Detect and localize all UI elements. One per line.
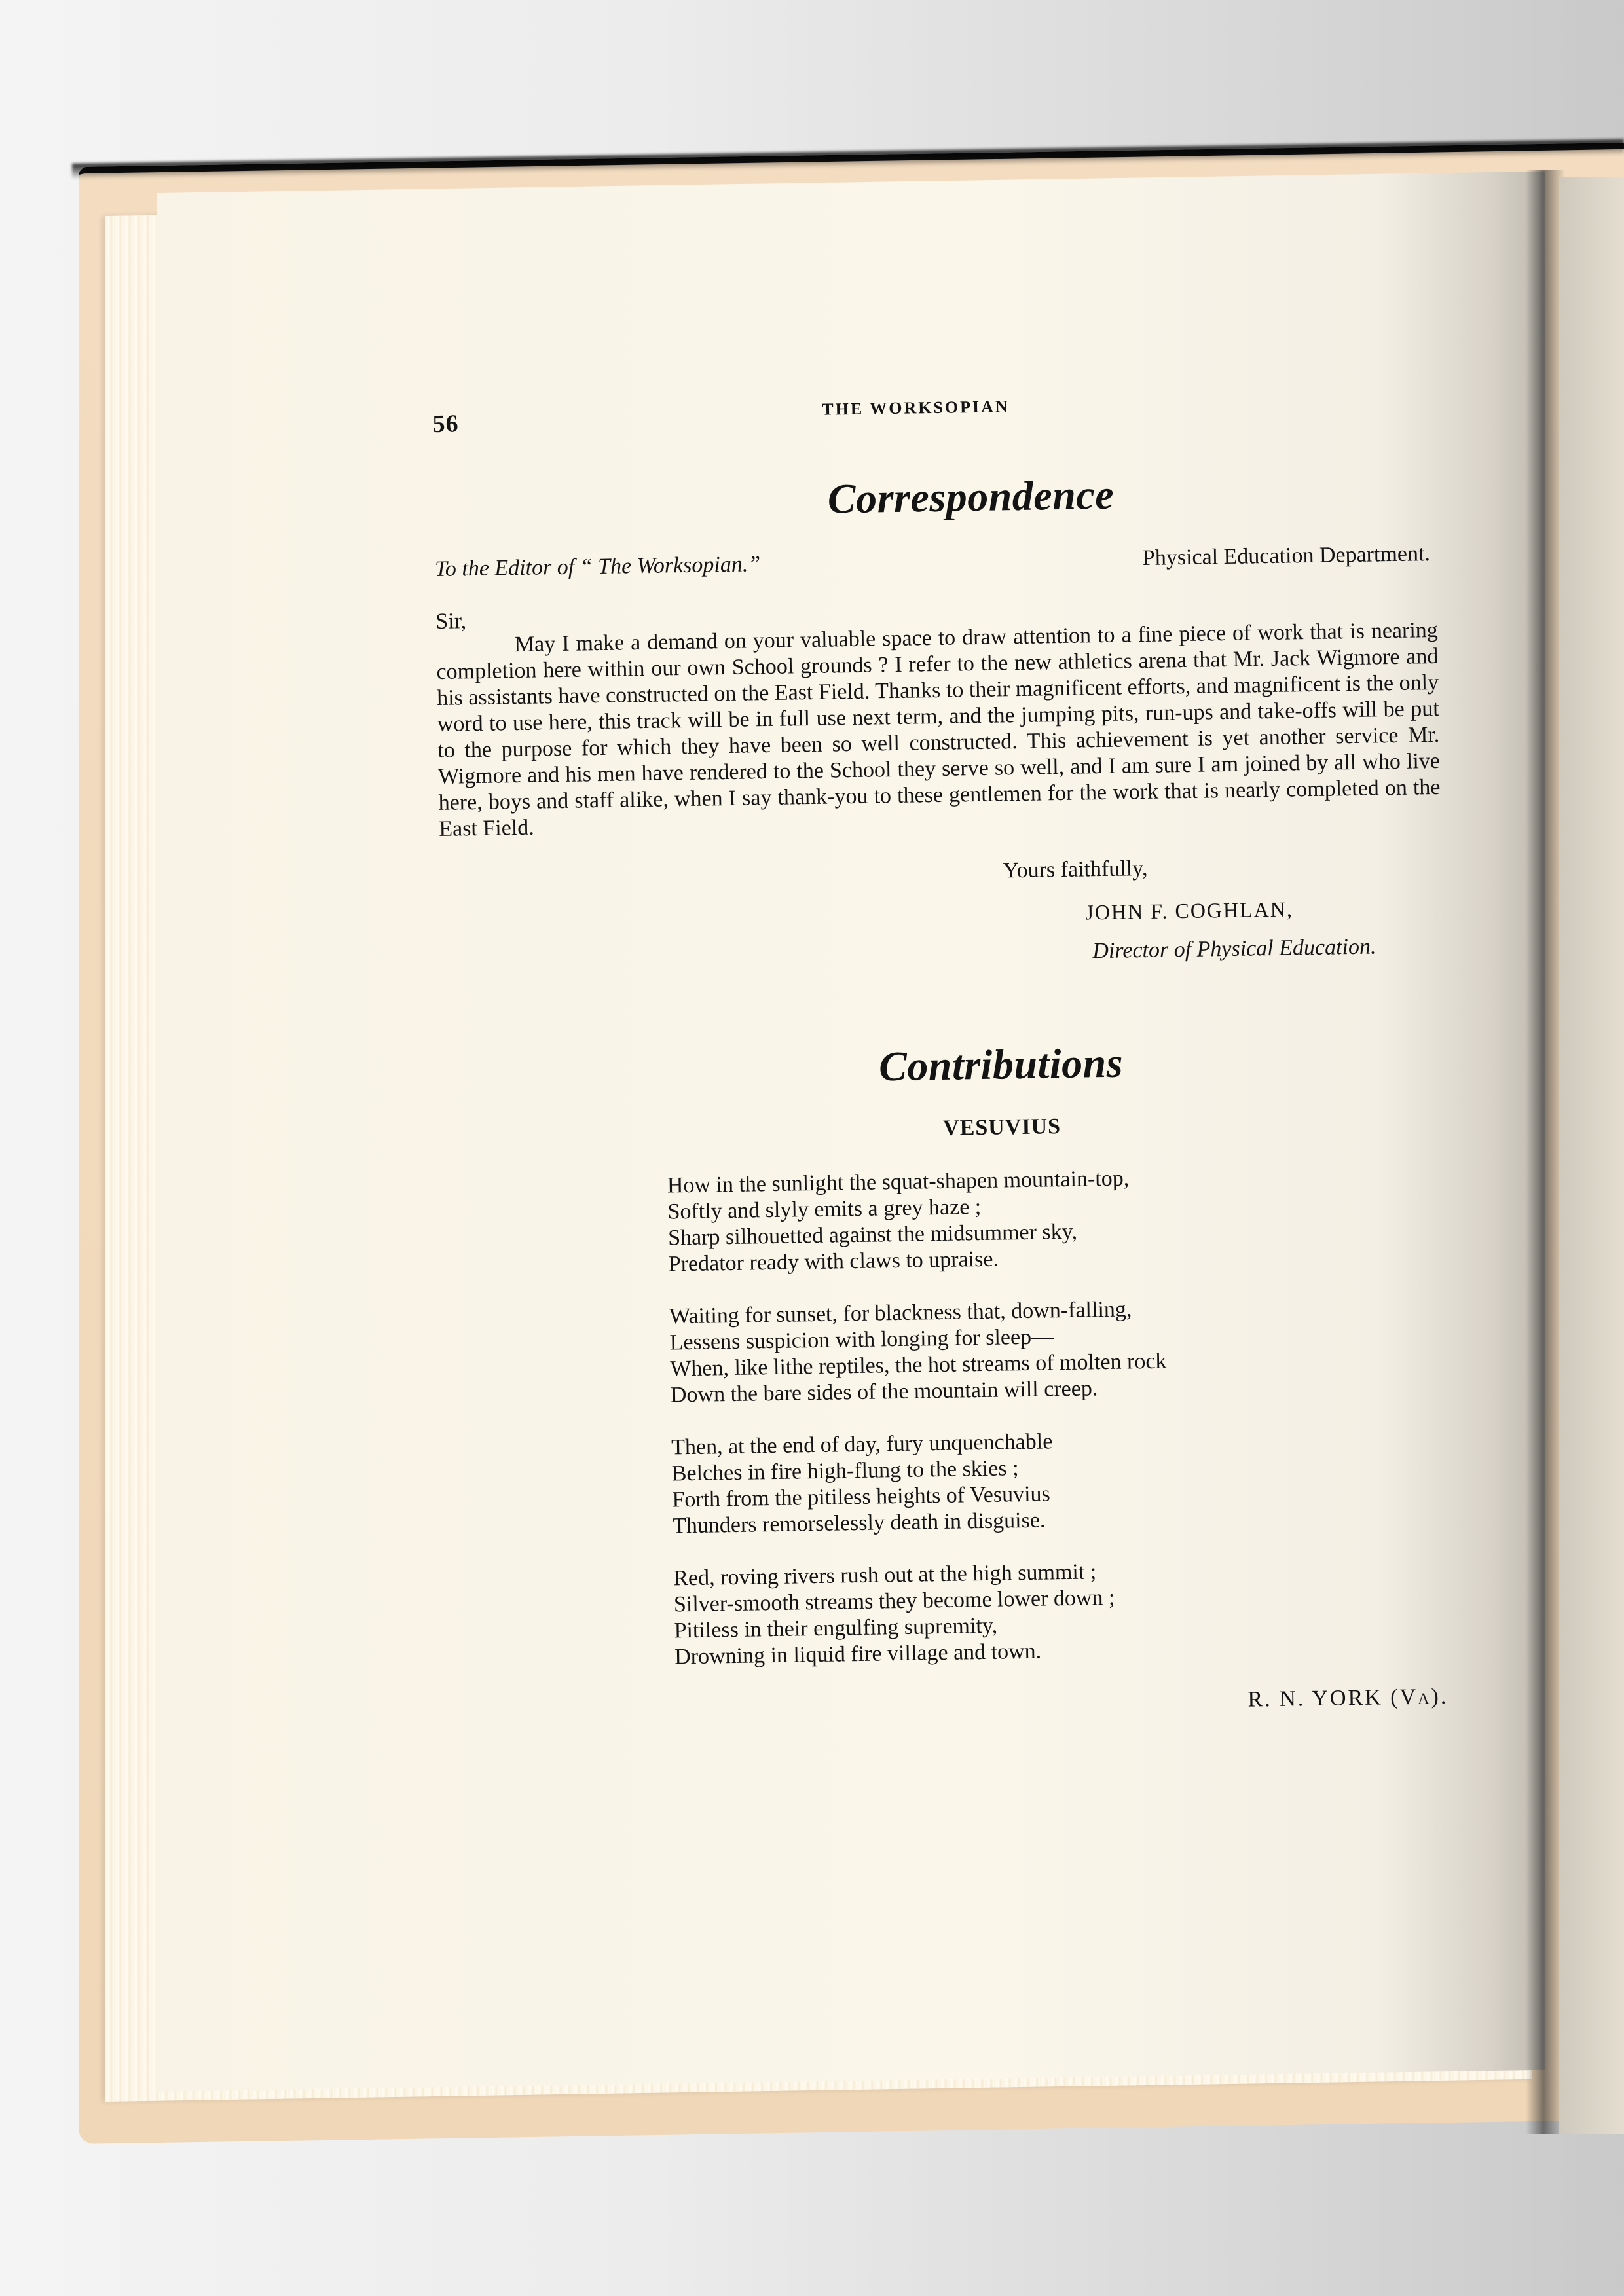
contributions-heading: Contributions [443, 1034, 1445, 1098]
page-number: 56 [432, 409, 459, 439]
letter-signature-title: Director of Physical Education. [441, 934, 1443, 974]
form-prefix: (V [1390, 1685, 1418, 1710]
letter-body: May I make a demand on your valuable spa… [436, 617, 1441, 843]
poem-body: How in the sunlight the squat-shapen mou… [445, 1161, 1454, 1674]
form-suffix: ). [1431, 1685, 1448, 1709]
letter-addressee: To the Editor of “ The Worksopian.” [435, 552, 761, 582]
poem-title: VESUVIUS [443, 1108, 1445, 1149]
letter-closing: Yours faithfully, [439, 852, 1441, 892]
poem-author-name: R. N. YORK [1247, 1685, 1383, 1711]
correspondence-heading: Correspondence [434, 465, 1436, 530]
poem-stanza: Red, roving rivers rush out at the high … [673, 1554, 1454, 1671]
facing-page-edge [1559, 177, 1624, 2134]
form-smallcaps: A [1418, 1690, 1431, 1707]
poem-stanza: Then, at the end of day, fury unquenchab… [671, 1423, 1452, 1540]
letter-signature: JOHN F. COGHLAN, [440, 895, 1442, 935]
poem-author-form: (VA). [1390, 1685, 1449, 1709]
correspondence-section: Correspondence To the Editor of “ The Wo… [434, 465, 1443, 974]
journal-title: THE WORKSOPIAN [822, 397, 1010, 419]
poem-stanza: Waiting for sunset, for blackness that, … [669, 1292, 1450, 1409]
letter-address-row: To the Editor of “ The Worksopian.” Phys… [435, 541, 1437, 582]
page-content: 56 THE WORKSOPIAN Correspondence To the … [432, 384, 1455, 1725]
poem-stanza: How in the sunlight the squat-shapen mou… [667, 1161, 1448, 1278]
letter-sender-department: Physical Education Department. [1143, 541, 1437, 571]
contributions-section: Contributions VESUVIUS How in the sunlig… [443, 1034, 1455, 1725]
